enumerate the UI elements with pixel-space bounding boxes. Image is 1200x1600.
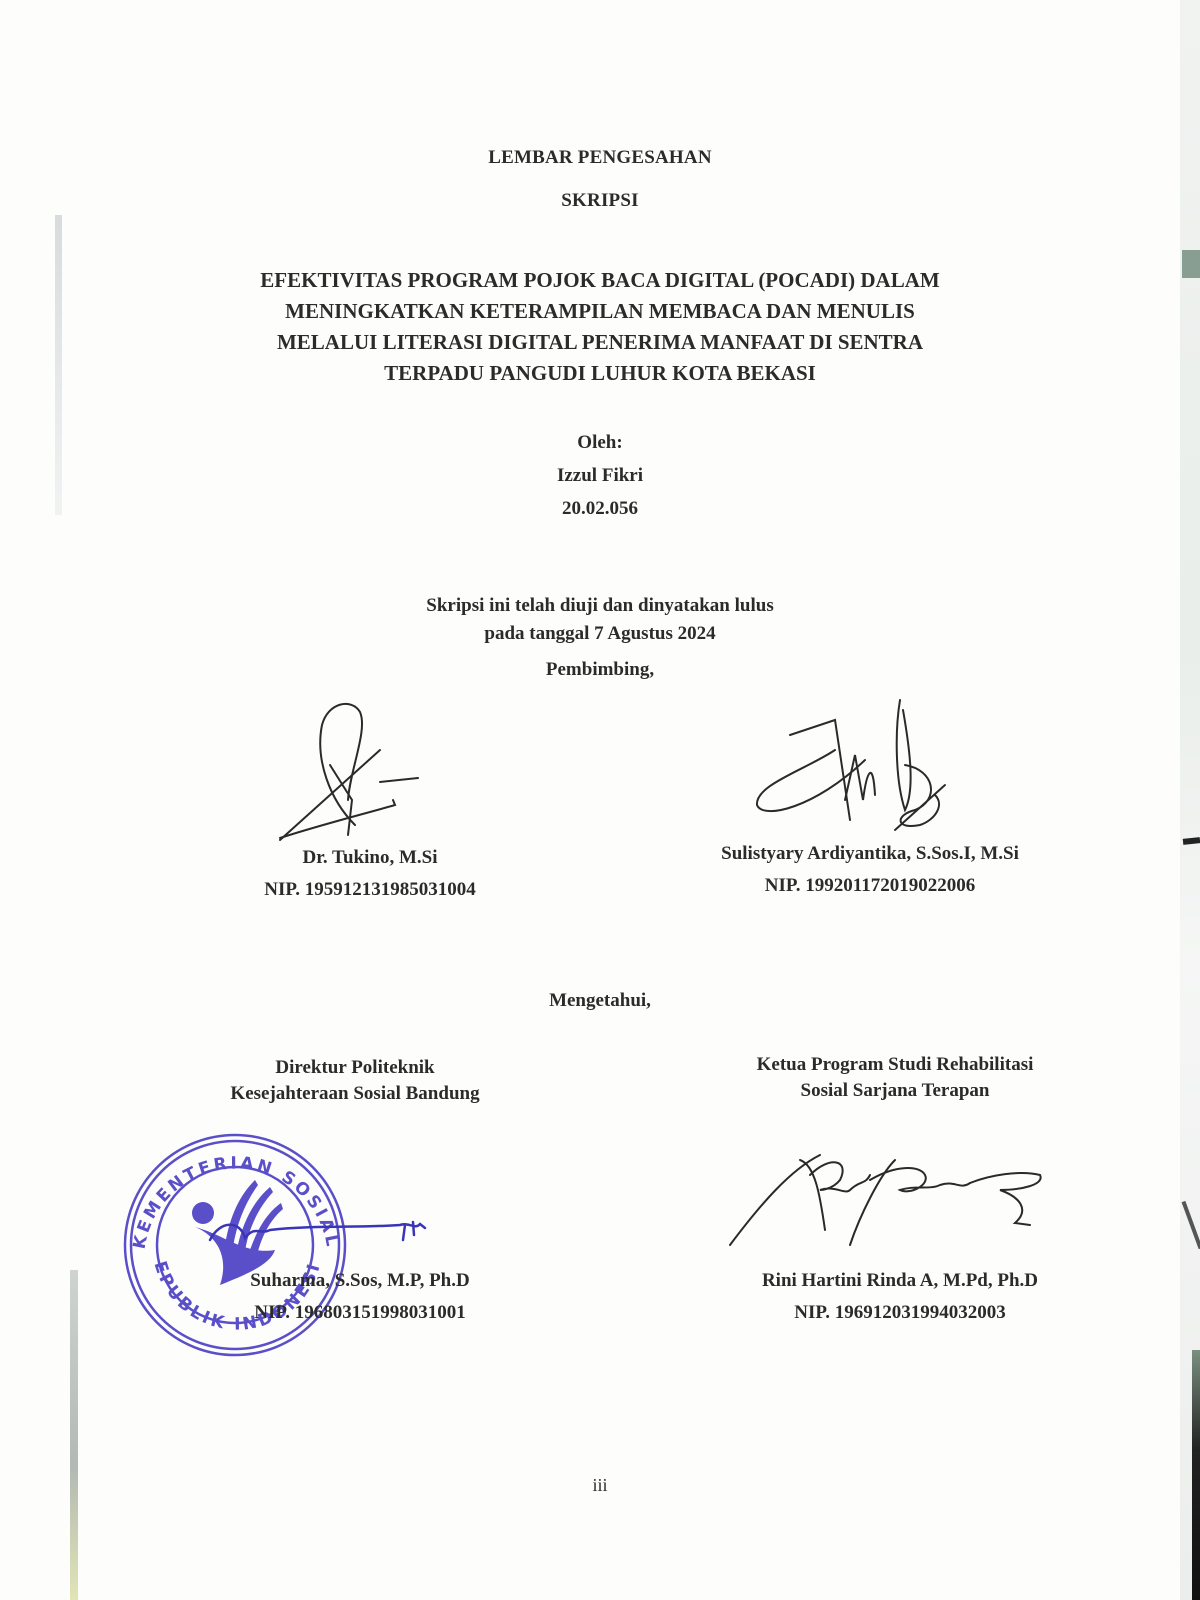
by-label: Oleh: (0, 432, 1200, 454)
scan-edge-left-bottom (70, 1270, 78, 1600)
author-name: Izzul Fikri (0, 465, 1200, 487)
acknowledged-label: Mengetahui, (0, 990, 1200, 1012)
signature-advisor-2 (745, 690, 975, 840)
advisor-name: Sulistyary Ardiyantika, S.Sos.I, M.Si (660, 838, 1080, 870)
document-type: SKRIPSI (0, 190, 1200, 212)
approver-name: Suharma, S.Sos, M.P, Ph.D (150, 1265, 570, 1297)
page-number: iii (0, 1475, 1200, 1496)
advisor-1-block: Dr. Tukino, M.Si NIP. 195912131985031004 (160, 842, 580, 906)
page-heading: LEMBAR PENGESAHAN (0, 147, 1200, 169)
advisor-name: Dr. Tukino, M.Si (160, 842, 580, 874)
signature-approver-1 (200, 1200, 440, 1260)
statement-line: Skripsi ini telah diuji dan dinyatakan l… (0, 595, 1200, 617)
role-line: Direktur Politeknik (150, 1055, 560, 1081)
exam-date-line: pada tanggal 7 Agustus 2024 (0, 623, 1200, 645)
approver-name: Rini Hartini Rinda A, M.Pd, Ph.D (690, 1265, 1110, 1297)
advisor-nip: NIP. 199201172019022006 (660, 870, 1080, 902)
role-line: Sosial Sarjana Terapan (680, 1078, 1110, 1104)
approver-1-block: Suharma, S.Sos, M.P, Ph.D NIP. 196803151… (150, 1265, 570, 1329)
approver-2-role: Ketua Program Studi Rehabilitasi Sosial … (680, 1052, 1110, 1104)
advisor-2-block: Sulistyary Ardiyantika, S.Sos.I, M.Si NI… (660, 838, 1080, 902)
signature-approver-2 (720, 1135, 1060, 1255)
role-line: Ketua Program Studi Rehabilitasi (680, 1052, 1110, 1078)
title-line: MENINGKATKAN KETERAMPILAN MEMBACA DAN ME… (0, 297, 1200, 326)
student-id: 20.02.056 (0, 498, 1200, 520)
role-line: Kesejahteraan Sosial Bandung (150, 1081, 560, 1107)
approver-nip: NIP. 196912031994032003 (690, 1297, 1110, 1329)
approver-2-block: Rini Hartini Rinda A, M.Pd, Ph.D NIP. 19… (690, 1265, 1110, 1329)
advisor-nip: NIP. 195912131985031004 (160, 874, 580, 906)
approver-nip: NIP. 196803151998031001 (150, 1297, 570, 1329)
title-line: TERPADU PANGUDI LUHUR KOTA BEKASI (0, 359, 1200, 388)
title-line: EFEKTIVITAS PROGRAM POJOK BACA DIGITAL (… (0, 266, 1200, 295)
approval-page: LEMBAR PENGESAHAN SKRIPSI EFEKTIVITAS PR… (0, 0, 1200, 1600)
signature-advisor-1 (260, 690, 460, 850)
approver-1-role: Direktur Politeknik Kesejahteraan Sosial… (150, 1055, 560, 1107)
advisors-label: Pembimbing, (0, 659, 1200, 681)
title-line: MELALUI LITERASI DIGITAL PENERIMA MANFAA… (0, 328, 1200, 357)
